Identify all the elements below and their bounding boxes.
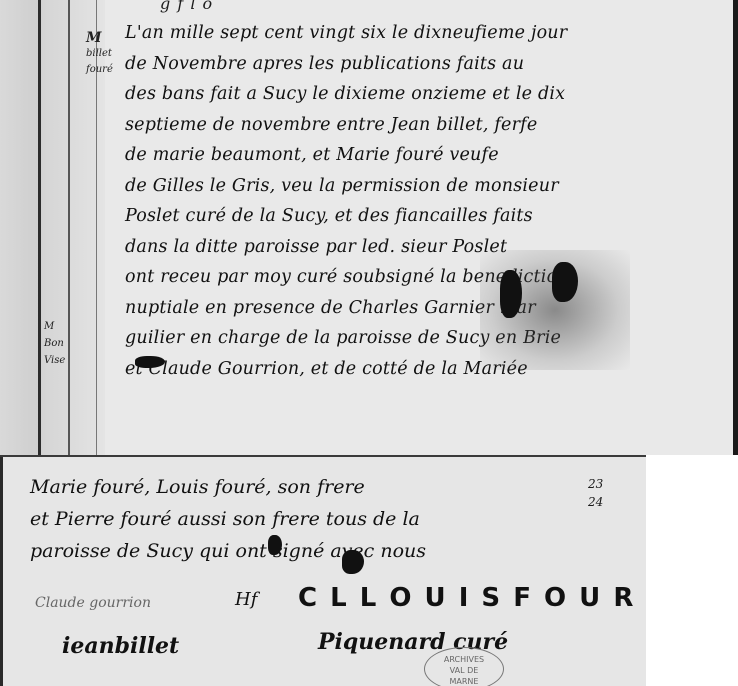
side-note-line: Bon	[44, 335, 65, 352]
archives-stamp: ARCHIVES VAL DE MARNE	[424, 647, 504, 686]
signature-louis-foure: C L L O U I S F O U R E	[298, 583, 646, 613]
register-page-top-fragment: g f l o M billet fouré M Bon Vise L'an m…	[0, 0, 738, 455]
side-note-line: M	[44, 318, 65, 335]
record-line: des bans fait a Sucy le dixieme onzieme …	[125, 79, 725, 110]
signature-mark: Hf	[235, 589, 257, 610]
record-line: ont receu par moy curé soubsigné la bene…	[125, 262, 725, 293]
witness-line: Marie fouré, Louis fouré, son frere	[30, 471, 550, 503]
witness-text: Marie fouré, Louis fouré, son frere et P…	[30, 471, 550, 567]
signature-claude-gourrion: Claude gourrion	[35, 595, 151, 611]
fold-line	[38, 0, 41, 455]
record-line: nuptiale en presence de Charles Garnier …	[125, 293, 725, 324]
signature-jean-billet: ieanbillet	[62, 633, 179, 659]
header-fragment: g f l o	[160, 0, 213, 13]
stamp-line: VAL DE	[425, 665, 503, 676]
record-reference-number: 23 24	[588, 475, 603, 511]
stamp-line: ARCHIVES	[425, 654, 503, 665]
record-line: de Novembre apres les publications faits…	[125, 49, 725, 80]
record-line: et Claude Gourrion, et de cotté de la Ma…	[125, 354, 725, 385]
record-line: de marie beaumont, et Marie fouré veufe	[125, 140, 725, 171]
register-page-bottom-fragment: Marie fouré, Louis fouré, son frere et P…	[0, 455, 646, 686]
record-line: Poslet curé de la Sucy, et des fiancaill…	[125, 201, 725, 232]
witness-line: paroisse de Sucy qui ont signé avec nous	[30, 535, 550, 567]
witness-line: et Pierre fouré aussi son frere tous de …	[30, 503, 550, 535]
reference-line: 24	[588, 493, 603, 511]
side-margin-note: M Bon Vise	[44, 318, 65, 369]
marriage-record-text: L'an mille sept cent vingt six le dixneu…	[125, 18, 725, 384]
side-note-line: Vise	[44, 352, 65, 369]
record-line: dans la ditte paroisse par led. sieur Po…	[125, 232, 725, 263]
fold-line	[68, 0, 70, 455]
ink-blot	[342, 550, 364, 574]
stamp-line: MARNE	[425, 676, 503, 686]
reference-line: 23	[588, 475, 603, 493]
record-line: guilier en charge de la paroisse de Sucy…	[125, 323, 725, 354]
record-line: L'an mille sept cent vingt six le dixneu…	[125, 18, 725, 49]
record-line: de Gilles le Gris, veu la permission de …	[125, 171, 725, 202]
record-line: septieme de novembre entre Jean billet, …	[125, 110, 725, 141]
